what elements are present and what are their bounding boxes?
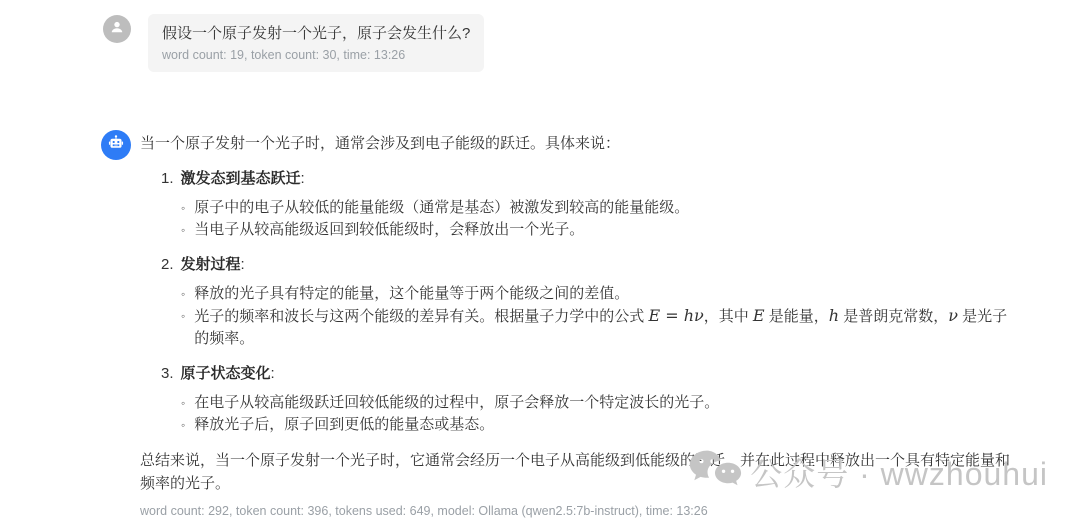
bullet-text: 在电子从较高能级跃迁回较低能级的过程中，原子会释放一个特定波长的光子。 [194,392,719,414]
bullet-text-segment: ，其中 [704,308,753,325]
list-item-number: 2. [161,256,174,273]
inline-math: E = hν [648,306,703,325]
bullet-item: ◦光子的频率和波长与这两个能级的差异有关。根据量子力学中的公式 E = hν，其… [181,305,1022,350]
list-item-colon: : [241,256,245,273]
robot-icon [107,134,125,157]
assistant-message-meta: word count: 292, token count: 396, token… [140,503,1022,518]
bullet-text: 当电子从较高能级返回到较低能级时，会释放出一个光子。 [194,219,584,241]
bullet-text-segment: 原子中的电子从较低的能量能级（通常是基态）被激发到较高的能量能级。 [194,199,689,216]
bullet-marker: ◦ [181,219,185,241]
list-item-title: 激发态到基态跃迁 [181,170,301,187]
assistant-message-row: 当一个原子发射一个光子时，通常会涉及到电子能级的跃迁。具体来说： 1.激发态到基… [101,128,1080,518]
bullet-list: ◦在电子从较高能级跃迁回较低能级的过程中，原子会释放一个特定波长的光子。◦释放光… [140,392,1022,436]
bullet-marker: ◦ [181,283,185,305]
user-message-text: 假设一个原子发射一个光子，原子会发生什么? [162,23,470,44]
list-item: 2.发射过程:◦释放的光子具有特定的能量，这个能量等于两个能级之间的差值。◦光子… [140,254,1022,350]
list-item-number: 1. [161,170,174,187]
assistant-avatar [101,130,131,160]
assistant-summary: 总结来说，当一个原子发射一个光子时，它通常会经历一个电子从高能级到低能级的跃迁，… [140,449,1022,495]
bullet-item: ◦原子中的电子从较低的能量能级（通常是基态）被激发到较高的能量能级。 [181,197,1022,219]
user-avatar [103,15,131,43]
bullet-item: ◦释放光子后，原子回到更低的能量态或基态。 [181,414,1022,436]
bullet-text-segment: 在电子从较高能级跃迁回较低能级的过程中，原子会释放一个特定波长的光子。 [194,394,719,411]
assistant-intro: 当一个原子发射一个光子时，通常会涉及到电子能级的跃迁。具体来说： [140,133,1022,155]
bullet-marker: ◦ [181,305,185,350]
list-item-heading: 3.原子状态变化: [140,363,1022,385]
inline-math: ν [948,306,958,325]
list-item-colon: : [271,365,275,382]
inline-math: h [829,306,839,325]
bullet-text-segment: 释放光子后，原子回到更低的能量态或基态。 [194,416,494,433]
bullet-text-segment: 光子的频率和波长与这两个能级的差异有关。根据量子力学中的公式 [194,308,648,325]
bullet-item: ◦当电子从较高能级返回到较低能级时，会释放出一个光子。 [181,219,1022,241]
list-item-colon: : [301,170,305,187]
assistant-message: 当一个原子发射一个光子时，通常会涉及到电子能级的跃迁。具体来说： 1.激发态到基… [140,128,1022,518]
bullet-item: ◦在电子从较高能级跃迁回较低能级的过程中，原子会释放一个特定波长的光子。 [181,392,1022,414]
list-item-heading: 1.激发态到基态跃迁: [140,168,1022,190]
list-item-title: 发射过程 [181,256,241,273]
user-message-meta: word count: 19, token count: 30, time: 1… [162,47,470,64]
bullet-text: 释放光子后，原子回到更低的能量态或基态。 [194,414,494,436]
bullet-text-segment: 释放的光子具有特定的能量，这个能量等于两个能级之间的差值。 [194,285,629,302]
bullet-list: ◦原子中的电子从较低的能量能级（通常是基态）被激发到较高的能量能级。◦当电子从较… [140,197,1022,241]
bullet-text: 光子的频率和波长与这两个能级的差异有关。根据量子力学中的公式 E = hν，其中… [194,305,1022,350]
bullet-item: ◦释放的光子具有特定的能量，这个能量等于两个能级之间的差值。 [181,283,1022,305]
bullet-list: ◦释放的光子具有特定的能量，这个能量等于两个能级之间的差值。◦光子的频率和波长与… [140,283,1022,350]
bullet-marker: ◦ [181,414,185,436]
chat-transcript: 假设一个原子发射一个光子，原子会发生什么? word count: 19, to… [0,0,1080,518]
list-item-number: 3. [161,365,174,382]
bullet-marker: ◦ [181,197,185,219]
bullet-text-segment: 当电子从较高能级返回到较低能级时，会释放出一个光子。 [194,221,584,238]
bullet-text: 原子中的电子从较低的能量能级（通常是基态）被激发到较高的能量能级。 [194,197,689,219]
bullet-text-segment: 是普朗克常数， [839,308,948,325]
inline-math: E [753,306,765,325]
list-item-title: 原子状态变化 [181,365,271,382]
assistant-list: 1.激发态到基态跃迁:◦原子中的电子从较低的能量能级（通常是基态）被激发到较高的… [140,168,1022,436]
bullet-text: 释放的光子具有特定的能量，这个能量等于两个能级之间的差值。 [194,283,629,305]
user-message-bubble: 假设一个原子发射一个光子，原子会发生什么? word count: 19, to… [148,14,484,72]
bullet-text-segment: 是能量， [765,308,829,325]
bullet-marker: ◦ [181,392,185,414]
list-item: 1.激发态到基态跃迁:◦原子中的电子从较低的能量能级（通常是基态）被激发到较高的… [140,168,1022,241]
list-item: 3.原子状态变化:◦在电子从较高能级跃迁回较低能级的过程中，原子会释放一个特定波… [140,363,1022,436]
user-message-row: 假设一个原子发射一个光子，原子会发生什么? word count: 19, to… [0,0,1080,72]
list-item-heading: 2.发射过程: [140,254,1022,276]
person-icon [108,18,126,41]
